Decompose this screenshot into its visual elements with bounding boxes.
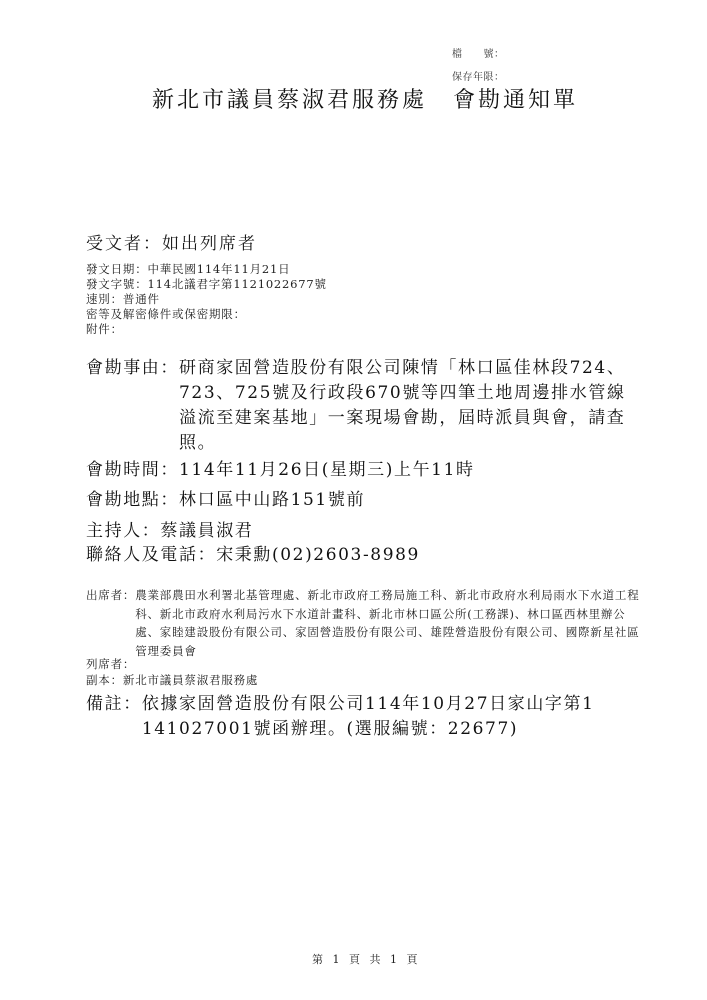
speed-line: 速別：普通件 [86,292,327,307]
inspection-place-value: 林口區中山路151號前 [179,490,365,510]
host-label: 主持人： [86,521,160,541]
attachment-line: 附件： [86,322,327,337]
retention-period-field: 保存年限： [452,68,505,83]
title-organization: 新北市議員蔡淑君服務處 [152,88,427,113]
copy-value: 新北市議員蔡淑君服務處 [123,673,258,687]
note: 備註： 依據家固營造股份有限公司114年10月27日家山字第1141027001… [86,692,606,742]
host: 主持人：蔡議員淑君 [86,516,253,541]
recipient-label: 受文者： [86,234,162,254]
issue-number-value: 114北議君字第1121022677號 [148,277,327,291]
recipient-value: 如出列席者 [162,234,257,254]
attendees: 出席者： 農業部農田水利署北基管理處、新北市政府工務局施工科、新北市政府水利局雨… [86,586,646,660]
speed-label: 速別： [86,292,123,306]
page-number: 第 1 頁 共 1 頁 [312,951,420,967]
inspection-time-value: 114年11月26日(星期三)上午11時 [179,460,475,480]
secrecy-line: 密等及解密條件或保密期限： [86,307,327,322]
attachment-label: 附件： [86,322,123,336]
contact-label: 聯絡人及電話： [86,545,216,565]
document-title: 新北市議員蔡淑君服務處會勘通知單 [152,83,578,114]
observers: 列席者： [86,657,135,672]
issue-date-value: 中華民國114年11月21日 [148,262,291,276]
recipient-line: 受文者：如出列席者 [86,229,257,254]
contact-value: 宋秉勳(02)2603-8989 [216,545,420,565]
inspection-place-label: 會勘地點： [86,490,179,510]
file-number-label: 檔 號： [452,49,505,60]
inspection-reason-value: 研商家固營造股份有限公司陳情「林口區佳林段724、723、725號及行政段670… [179,356,626,456]
retention-period-label: 保存年限： [452,72,505,83]
secrecy-label: 密等及解密條件或保密期限： [86,307,246,321]
note-label: 備註： [86,692,142,742]
attendees-value: 農業部農田水利署北基管理處、新北市政府工務局施工科、新北市政府水利局雨水下水道工… [135,586,646,660]
file-number-field: 檔 號： [452,45,505,60]
inspection-time: 會勘時間：114年11月26日(星期三)上午11時 [86,455,475,480]
inspection-time-label: 會勘時間： [86,460,179,480]
inspection-place: 會勘地點：林口區中山路151號前 [86,485,365,510]
speed-value: 普通件 [123,292,160,306]
note-value: 依據家固營造股份有限公司114年10月27日家山字第1141027001號函辦理… [142,692,606,742]
issue-date-label: 發文日期： [86,262,148,276]
observers-label: 列席者： [86,657,135,671]
attendees-label: 出席者： [86,586,135,660]
host-value: 蔡議員淑君 [160,521,253,541]
copy-to: 副本：新北市議員蔡淑君服務處 [86,673,258,688]
issue-date-line: 發文日期：中華民國114年11月21日 [86,262,327,277]
issue-number-label: 發文字號： [86,277,148,291]
issue-number-line: 發文字號：114北議君字第1121022677號 [86,277,327,292]
issue-info-block: 發文日期：中華民國114年11月21日 發文字號：114北議君字第1121022… [86,262,327,337]
copy-label: 副本： [86,673,123,687]
inspection-reason-label: 會勘事由： [86,356,179,456]
title-document-type: 會勘通知單 [453,88,578,113]
inspection-reason: 會勘事由： 研商家固營造股份有限公司陳情「林口區佳林段724、723、725號及… [86,356,626,456]
contact: 聯絡人及電話：宋秉勳(02)2603-8989 [86,540,420,565]
